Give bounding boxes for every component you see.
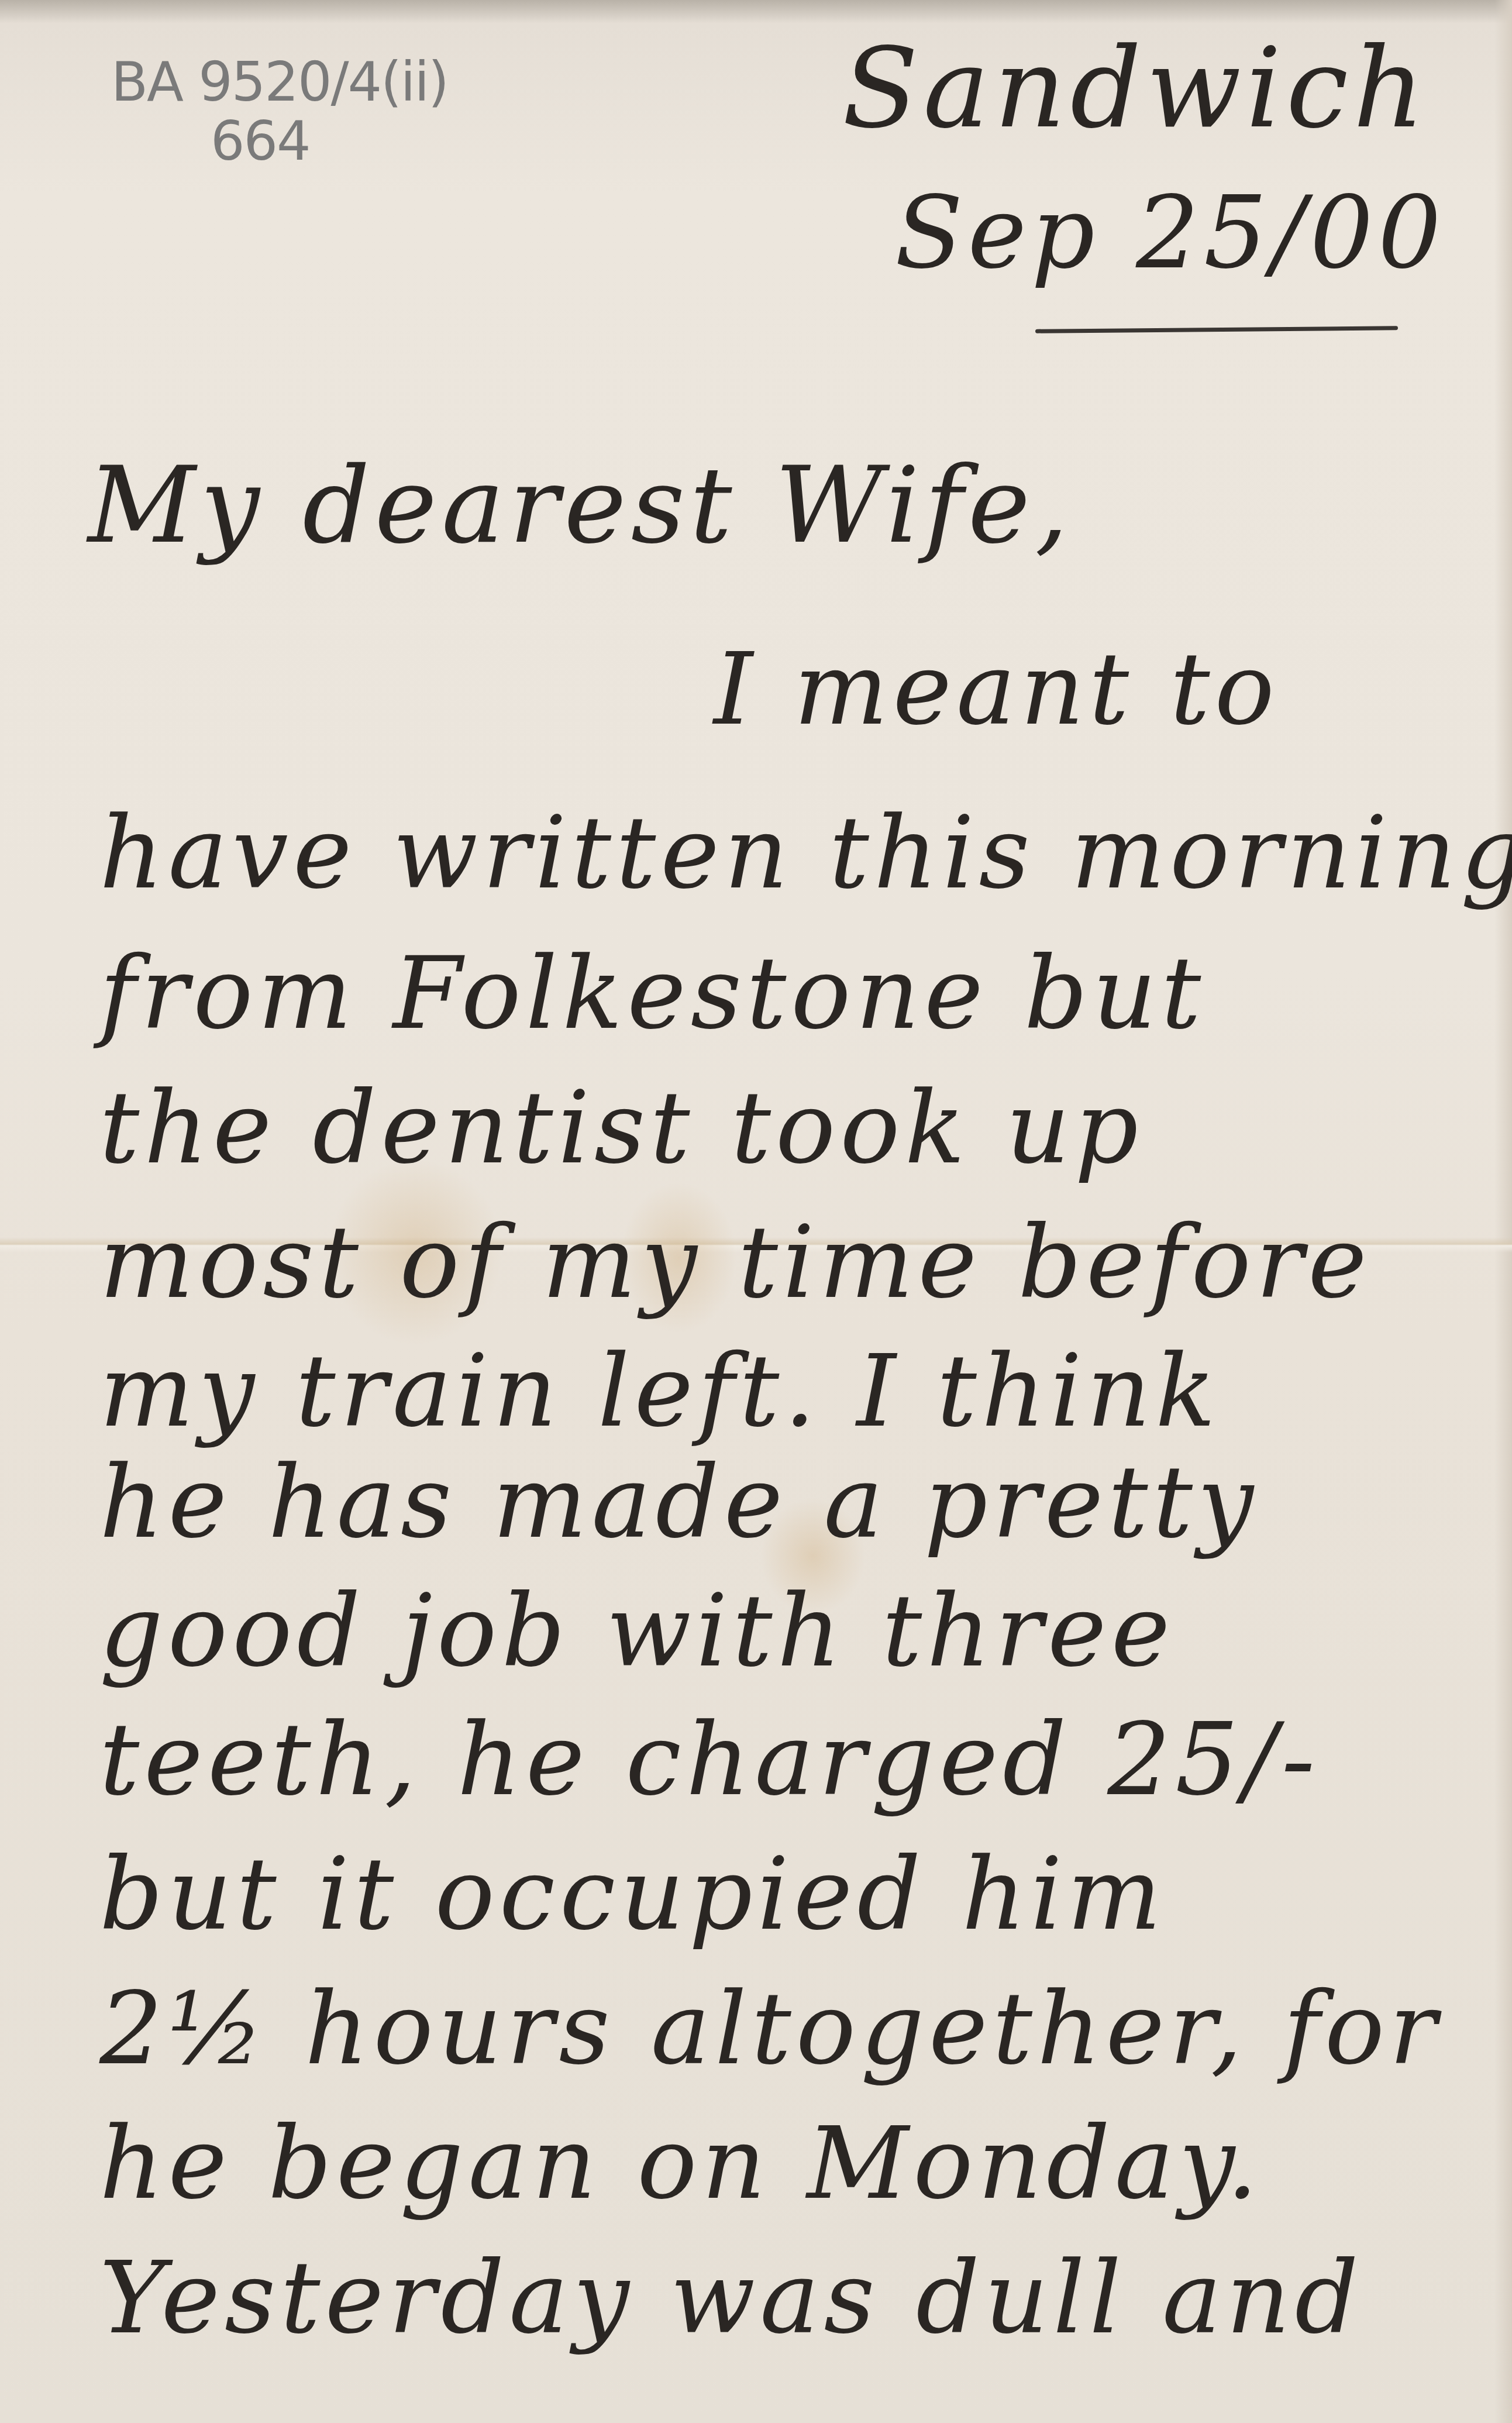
page-top-shadow	[0, 0, 1512, 23]
body-line: good job with three	[99, 1574, 1175, 1689]
body-line: the dentist took up	[99, 1071, 1143, 1186]
archive-ref-line2: 664	[111, 112, 448, 171]
body-line: my train left. I think	[99, 1334, 1220, 1450]
letter-page: BA 9520/4(ii) 664 Sandwich Sep 25/00 My …	[0, 0, 1512, 2423]
archive-ref-line1: BA 9520/4(ii)	[111, 51, 448, 113]
body-line: teeth, he charged 25/-	[99, 1702, 1320, 1818]
letter-date: Sep 25/00	[895, 175, 1446, 291]
archive-reference: BA 9520/4(ii) 664	[111, 53, 448, 171]
body-line: Yesterday was dull and	[99, 2240, 1363, 2356]
letter-place: Sandwich	[842, 23, 1430, 153]
body-line: he began on Monday.	[99, 2106, 1263, 2222]
date-underline	[1035, 326, 1398, 333]
body-line: most of my time before	[99, 1205, 1372, 1321]
body-line: from Folkestone but	[99, 936, 1206, 1052]
body-line: have written this morning	[99, 796, 1512, 911]
page-right-edge	[1494, 0, 1512, 2423]
body-line: 2½ hours altogether, for	[99, 1971, 1441, 2087]
body-line: but it occupied him	[99, 1837, 1166, 1953]
body-line: I meant to	[714, 632, 1279, 748]
body-line: he has made a pretty	[99, 1445, 1258, 1561]
letter-salutation: My dearest Wife,	[88, 445, 1073, 567]
